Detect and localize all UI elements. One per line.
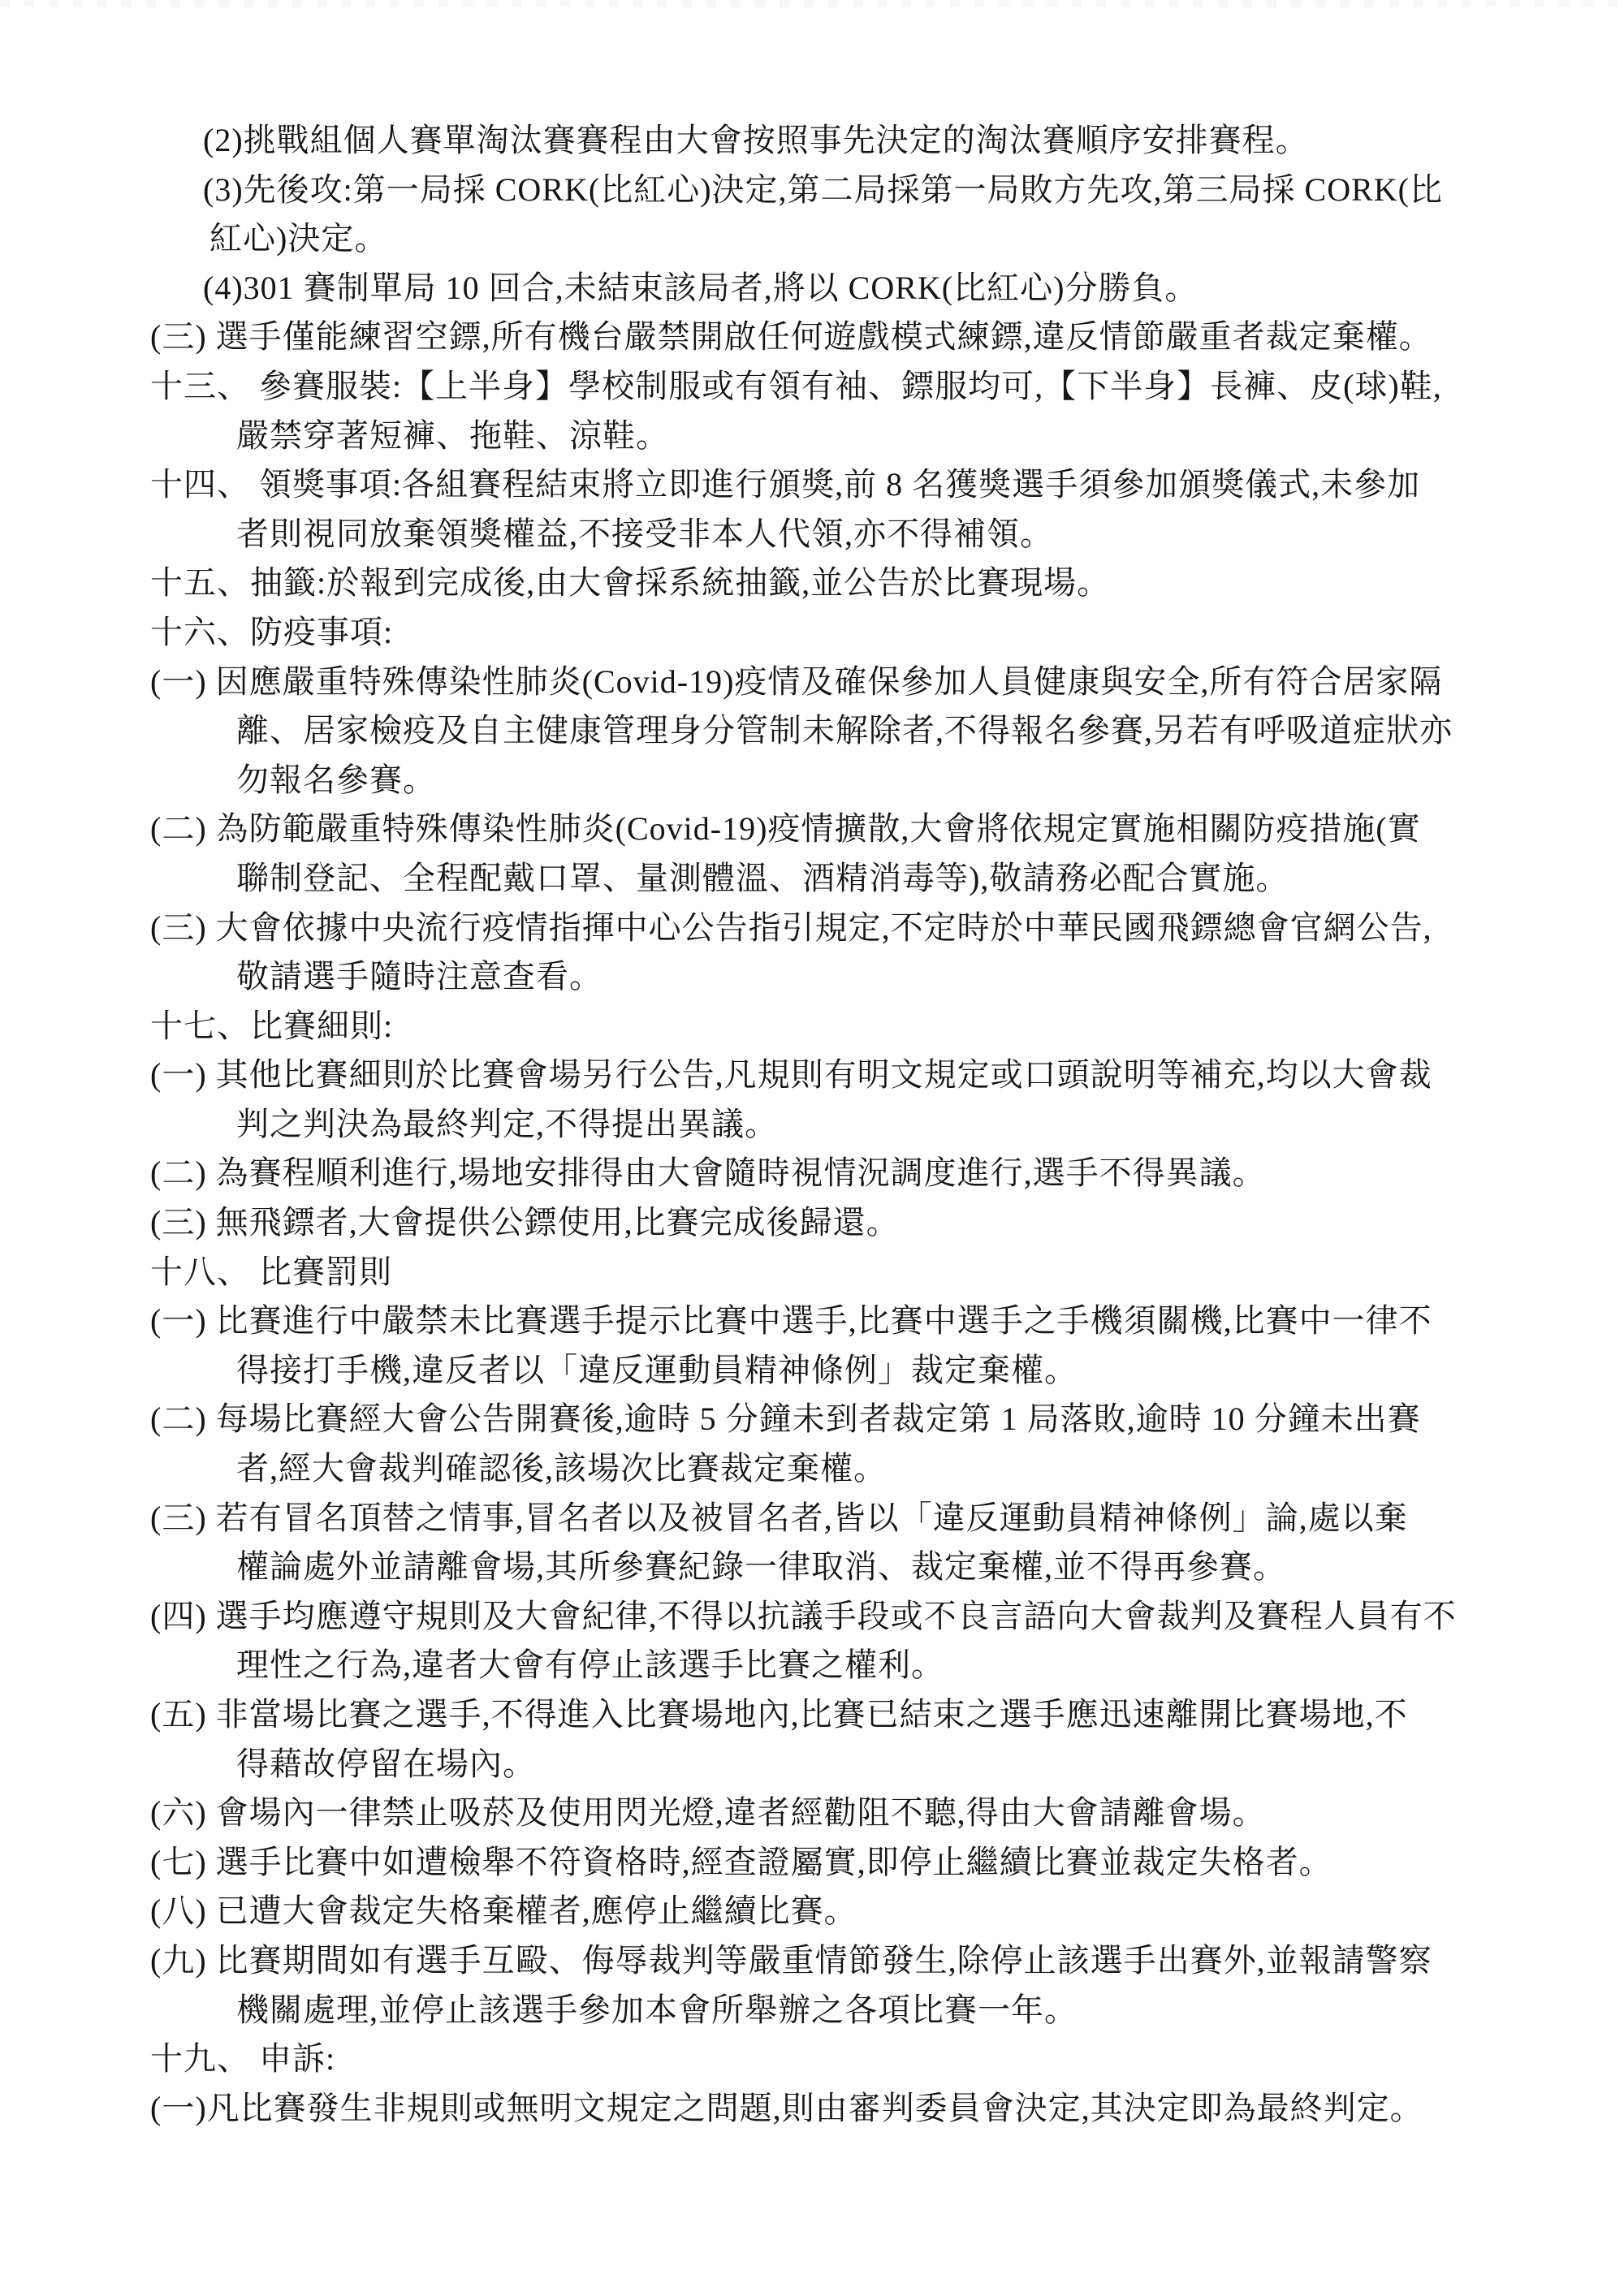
text-line: 得接打手機,違反者以「違反運動員精神條例」裁定棄權。 bbox=[236, 1346, 1624, 1396]
text-line: (三) 大會依據中央流行疫情指揮中心公告指引規定,不定時於中華民國飛鏢總會官網公… bbox=[150, 904, 1624, 953]
text-line: 十四、 領獎事項:各組賽程結束將立即進行頒獎,前 8 名獲獎選手須參加頒獎儀式,… bbox=[150, 460, 1624, 510]
text-line: (四) 選手均應遵守規則及大會紀律,不得以抗議手段或不良言語向大會裁判及賽程人員… bbox=[150, 1592, 1624, 1642]
text-line: (三) 無飛鏢者,大會提供公鏢使用,比賽完成後歸還。 bbox=[150, 1198, 1624, 1248]
text-line: 理性之行為,違者大會有停止該選手比賽之權利。 bbox=[236, 1641, 1624, 1690]
text-line: 十八、 比賽罰則 bbox=[150, 1248, 1624, 1297]
text-line: (一)凡比賽發生非規則或無明文規定之問題,則由審判委員會決定,其決定即為最終判定… bbox=[150, 2084, 1624, 2134]
document-body: (2)挑戰組個人賽單淘汰賽賽程由大會按照事先決定的淘汰賽順序安排賽程。(3)先後… bbox=[0, 116, 1624, 2133]
text-line: 十九、 申訴: bbox=[150, 2035, 1624, 2084]
text-line: 十七、比賽細則: bbox=[150, 1002, 1624, 1051]
text-line: 十三、 參賽服裝:【上半身】學校制服或有領有袖、鏢服均可,【下半身】長褲、皮(球… bbox=[150, 362, 1624, 412]
text-line: (三) 選手僅能練習空鏢,所有機台嚴禁開啟任何遊戲模式練鏢,違反情節嚴重者裁定棄… bbox=[150, 313, 1624, 362]
text-line: 十六、防疫事項: bbox=[150, 608, 1624, 658]
scan-noise-artifact bbox=[0, 0, 1624, 7]
text-line: 判之判決為最終判定,不得提出異議。 bbox=[236, 1100, 1624, 1150]
text-line: (3)先後攻:第一局採 CORK(比紅心)決定,第二局採第一局敗方先攻,第三局採… bbox=[203, 166, 1624, 215]
text-line: 勿報名參賽。 bbox=[236, 756, 1624, 805]
text-line: 者則視同放棄領獎權益,不接受非本人代領,亦不得補領。 bbox=[236, 510, 1624, 559]
text-line: 者,經大會裁判確認後,該場次比賽裁定棄權。 bbox=[236, 1444, 1624, 1494]
text-line: (一) 比賽進行中嚴禁未比賽選手提示比賽中選手,比賽中選手之手機須關機,比賽中一… bbox=[150, 1297, 1624, 1346]
text-line: 離、居家檢疫及自主健康管理身分管制未解除者,不得報名參賽,另若有呼吸道症狀亦 bbox=[236, 706, 1624, 756]
text-line: 權論處外並請離會場,其所參賽紀錄一律取消、裁定棄權,並不得再參賽。 bbox=[236, 1543, 1624, 1592]
text-line: 十五、抽籤:於報到完成後,由大會採系統抽籤,並公告於比賽現場。 bbox=[150, 559, 1624, 608]
text-line: 敬請選手隨時注意查看。 bbox=[236, 952, 1624, 1002]
text-line: (二) 為防範嚴重特殊傳染性肺炎(Covid-19)疫情擴散,大會將依規定實施相… bbox=[150, 805, 1624, 854]
text-line: (五) 非當場比賽之選手,不得進入比賽場地內,比賽已結束之選手應迅速離開比賽場地… bbox=[150, 1690, 1624, 1740]
text-line: 聯制登記、全程配戴口罩、量測體溫、酒精消毒等),敬請務必配合實施。 bbox=[236, 854, 1624, 904]
text-line: (九) 比賽期間如有選手互毆、侮辱裁判等嚴重情節發生,除停止該選手出賽外,並報請… bbox=[150, 1936, 1624, 1986]
text-line: (一) 因應嚴重特殊傳染性肺炎(Covid-19)疫情及確保參加人員健康與安全,… bbox=[150, 658, 1624, 707]
text-line: (4)301 賽制單局 10 回合,未結束該局者,將以 CORK(比紅心)分勝負… bbox=[203, 264, 1624, 313]
rules-document-page: (2)挑戰組個人賽單淘汰賽賽程由大會按照事先決定的淘汰賽順序安排賽程。(3)先後… bbox=[0, 0, 1624, 2296]
text-line: (三) 若有冒名頂替之情事,冒名者以及被冒名者,皆以「違反運動員精神條例」論,處… bbox=[150, 1494, 1624, 1543]
text-line: (二) 為賽程順利進行,場地安排得由大會隨時視情況調度進行,選手不得異議。 bbox=[150, 1149, 1624, 1198]
text-line: 紅心)決定。 bbox=[209, 214, 1624, 264]
text-line: (2)挑戰組個人賽單淘汰賽賽程由大會按照事先決定的淘汰賽順序安排賽程。 bbox=[203, 116, 1624, 166]
text-line: (七) 選手比賽中如遭檢舉不符資格時,經查證屬實,即停止繼續比賽並裁定失格者。 bbox=[150, 1838, 1624, 1888]
text-line: 嚴禁穿著短褲、拖鞋、涼鞋。 bbox=[236, 412, 1624, 461]
text-line: (一) 其他比賽細則於比賽會場另行公告,凡規則有明文規定或口頭說明等補充,均以大… bbox=[150, 1051, 1624, 1100]
text-line: (六) 會場內一律禁止吸菸及使用閃光燈,違者經勸阻不聽,得由大會請離會場。 bbox=[150, 1789, 1624, 1838]
text-line: 得藉故停留在場內。 bbox=[236, 1740, 1624, 1789]
text-line: (二) 每場比賽經大會公告開賽後,逾時 5 分鐘未到者裁定第 1 局落敗,逾時 … bbox=[150, 1395, 1624, 1444]
text-line: 機關處理,並停止該選手參加本會所舉辦之各項比賽一年。 bbox=[236, 1986, 1624, 2035]
text-line: (八) 已遭大會裁定失格棄權者,應停止繼續比賽。 bbox=[150, 1887, 1624, 1936]
